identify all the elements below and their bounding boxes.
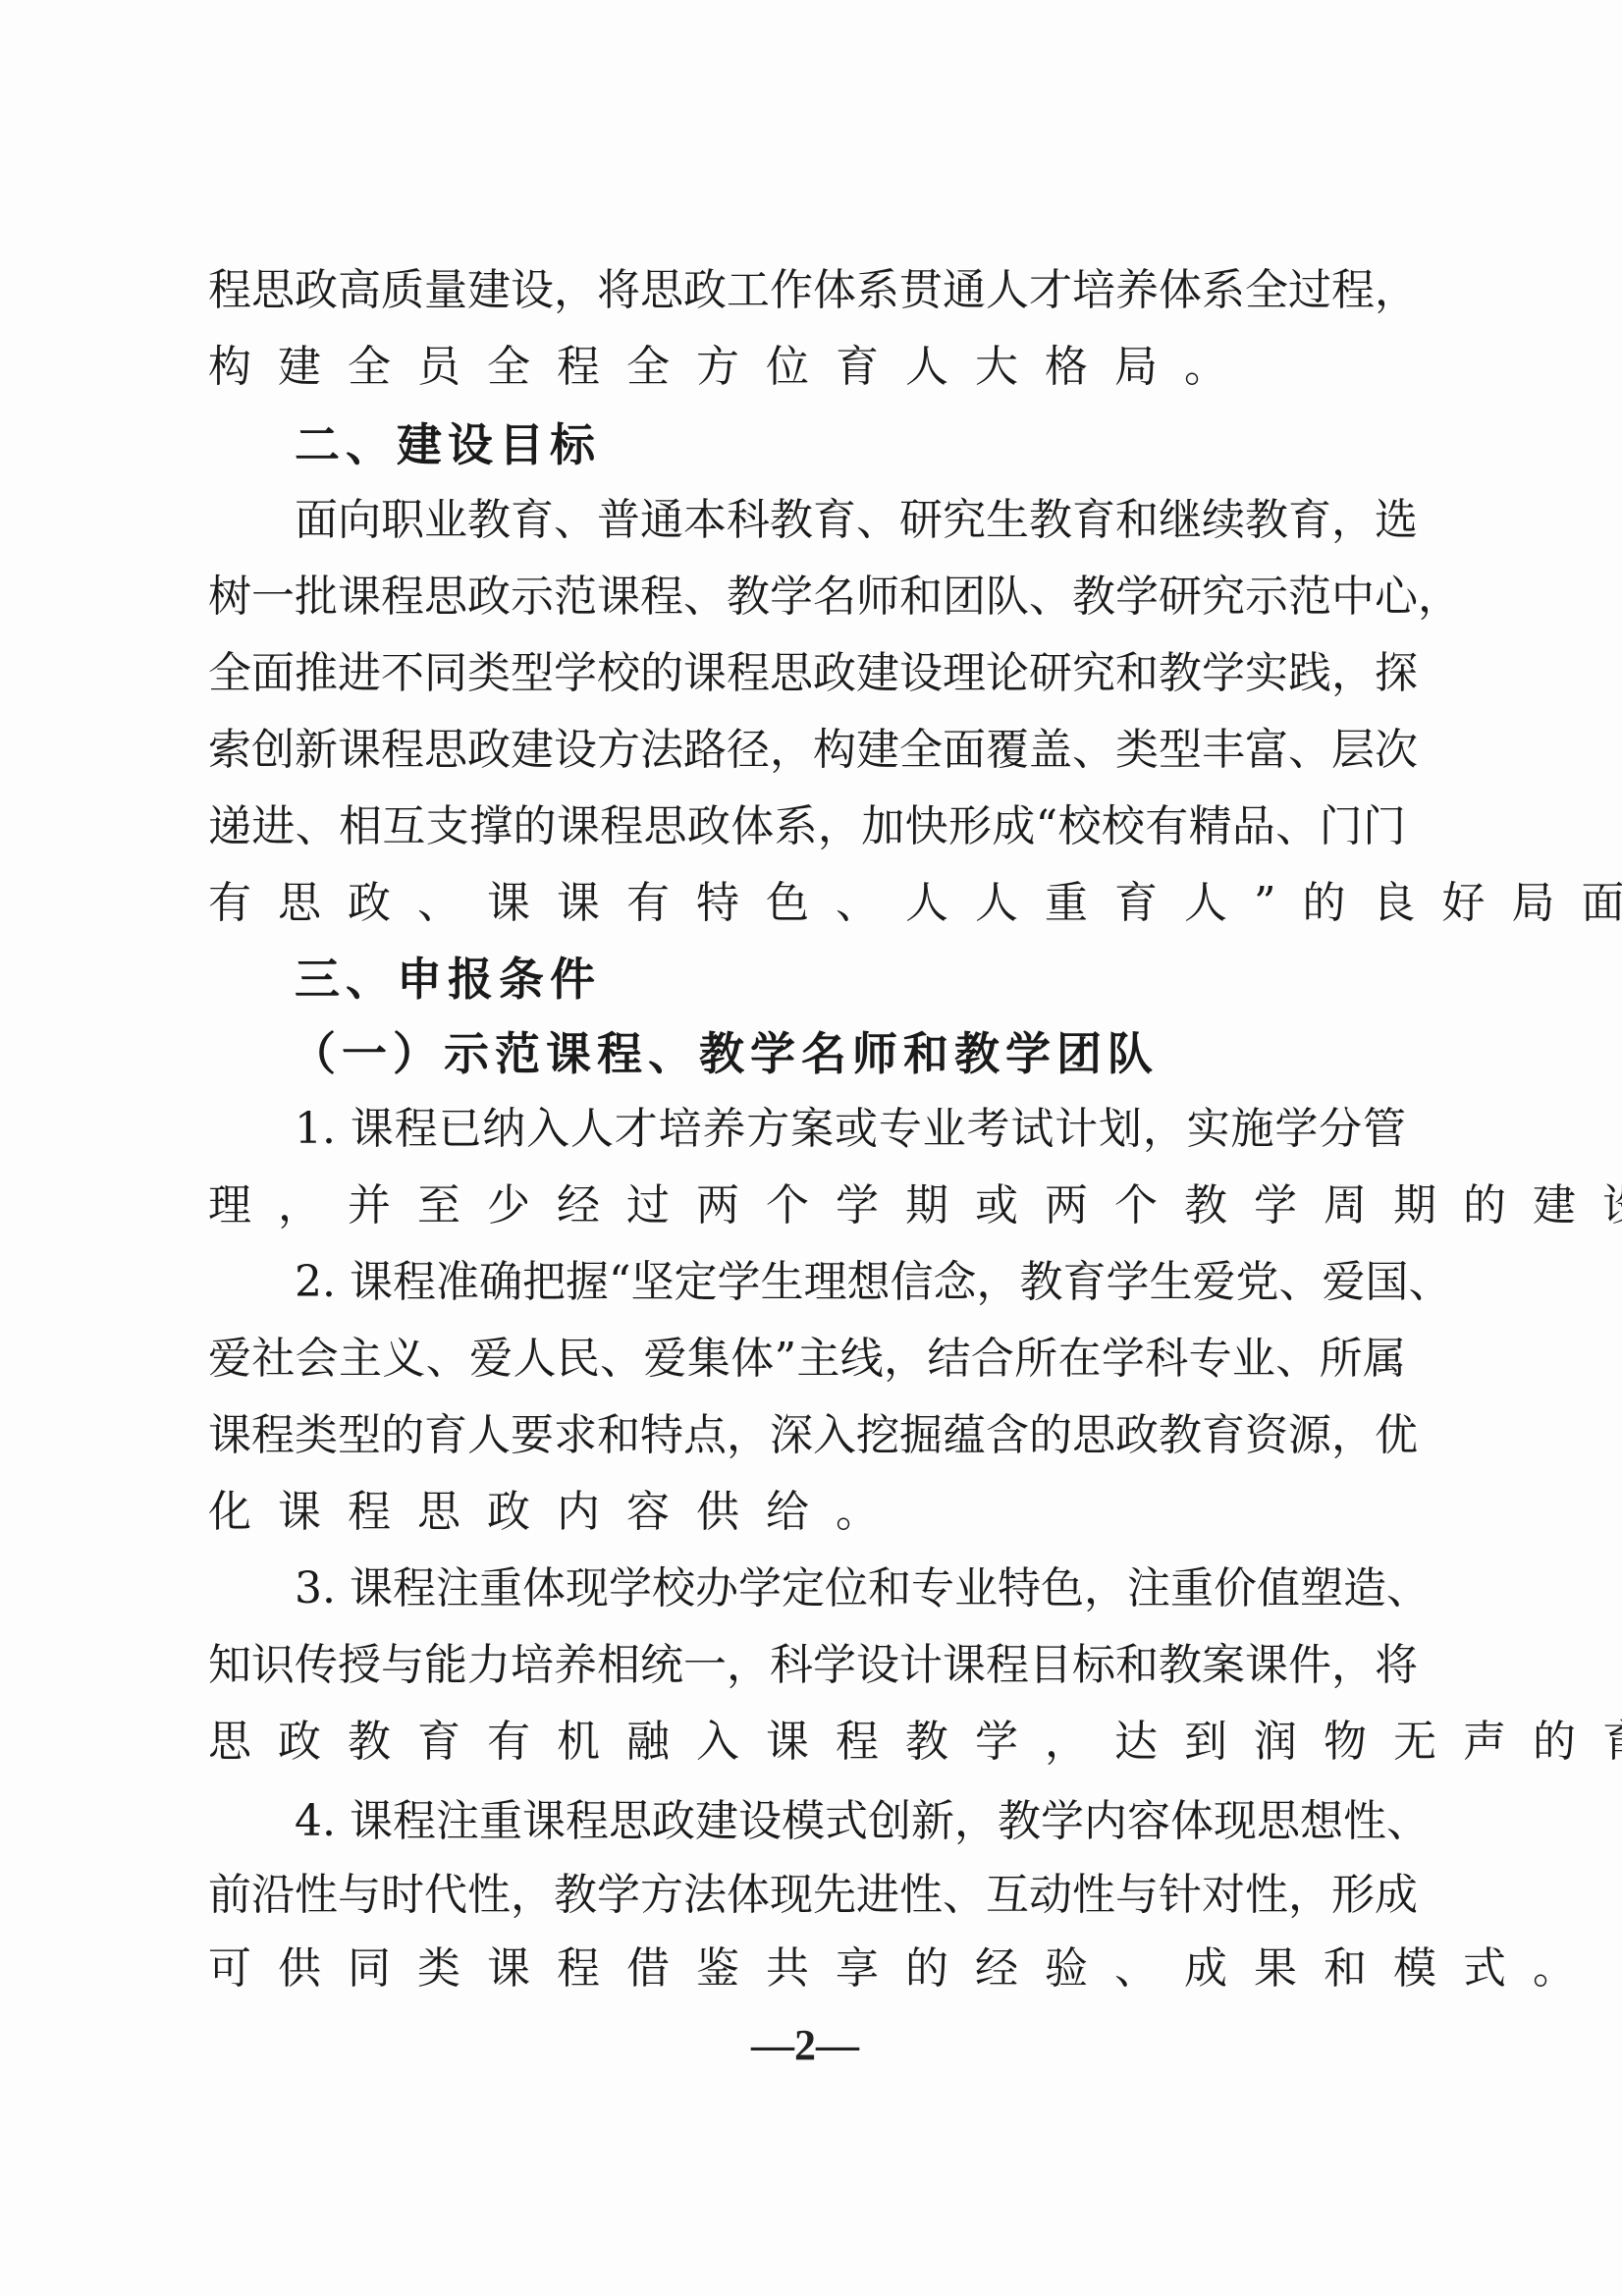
body-line: 索创新课程思政建设方法路径，构建全面覆盖、类型丰富、层次: [208, 712, 1406, 789]
body-line: 知识传授与能力培养相统一，科学设计课程目标和教案课件，将: [208, 1627, 1406, 1704]
body-line: 1. 课程已纳入人才培养方案或专业考试计划，实施学分管: [295, 1091, 1406, 1168]
body-line: 面向职业教育、普通本科教育、研究生教育和继续教育，选: [295, 482, 1406, 559]
page-number: —2—: [687, 2013, 923, 2078]
body-line: 化课程思政内容供给。: [208, 1474, 1406, 1551]
body-line: 理，并至少经过两个学期或两个教学周期的建设和完善。: [208, 1168, 1406, 1244]
body-line: 爱社会主义、爱人民、爱集体”主线，结合所在学科专业、所属: [208, 1321, 1406, 1397]
body-line: 思政教育有机融入课程教学，达到润物无声的育人效果。: [208, 1704, 1406, 1780]
body-line: 程思政高质量建设，将思政工作体系贯通人才培养体系全过程，: [208, 252, 1406, 329]
subsection-heading: （一）示范课程、教学名师和教学团队: [291, 1015, 1488, 1092]
body-line: 全面推进不同类型学校的课程思政建设理论研究和教学实践，探: [208, 635, 1406, 712]
document-page: 程思政高质量建设，将思政工作体系贯通人才培养体系全过程， 构建全员全程全方位育人…: [0, 0, 1622, 2296]
body-line: 4. 课程注重课程思政建设模式创新，教学内容体现思想性、: [295, 1783, 1406, 1860]
body-line: 可供同类课程借鉴共享的经验、成果和模式。: [208, 1931, 1406, 2007]
body-line: 课程类型的育人要求和特点，深入挖掘蕴含的思政教育资源，优: [208, 1397, 1406, 1474]
body-line: 树一批课程思政示范课程、教学名师和团队、教学研究示范中心，: [208, 559, 1406, 635]
body-line: 前沿性与时代性，教学方法体现先进性、互动性与针对性，形成: [208, 1857, 1406, 1934]
body-line: 2. 课程准确把握“坚定学生理想信念，教育学生爱党、爱国、: [295, 1244, 1406, 1321]
section-heading-requirements: 三、申报条件: [295, 941, 1406, 1017]
body-line: 递进、相互支撑的课程思政体系，加快形成“校校有精品、门门: [208, 789, 1406, 865]
section-heading-goals: 二、建设目标: [295, 407, 1406, 483]
body-line: 有思政、课课有特色、人人重育人”的良好局面。: [208, 865, 1406, 942]
body-line: 3. 课程注重体现学校办学定位和专业特色，注重价值塑造、: [295, 1551, 1406, 1627]
body-line: 构建全员全程全方位育人大格局。: [208, 329, 1406, 406]
